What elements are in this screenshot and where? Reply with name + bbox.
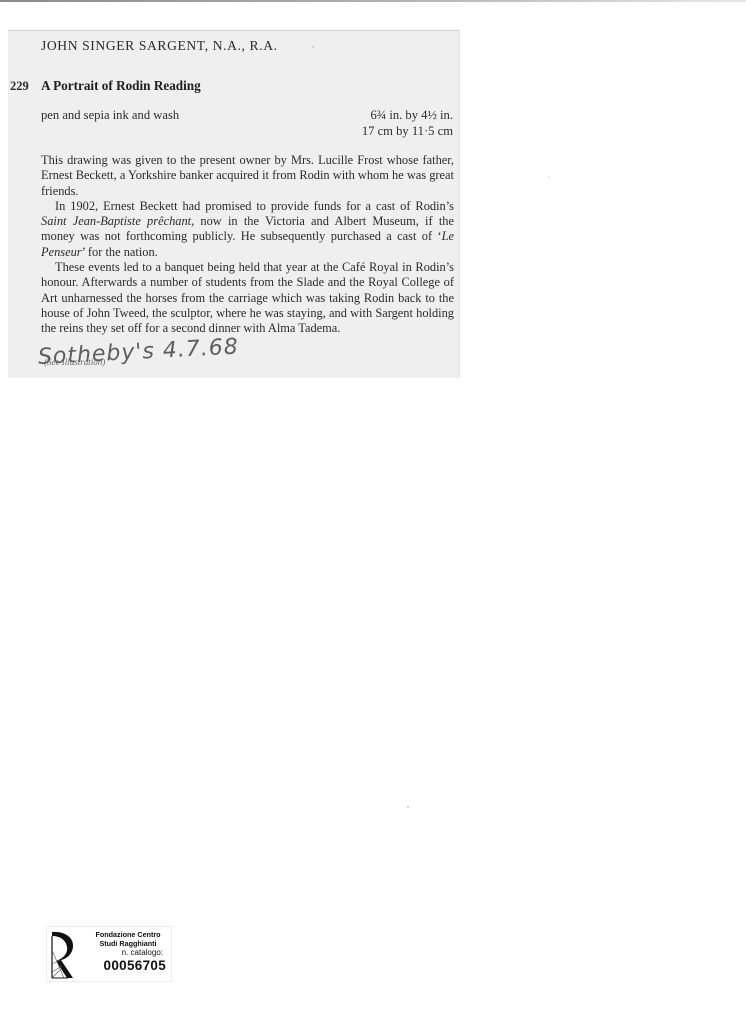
handwritten-annotation: Sotheby's 4.7.68 bbox=[37, 334, 239, 369]
artist-heading: JOHN SINGER SARGENT, N.A., R.A. bbox=[41, 38, 278, 54]
fondazione-r-logo-icon bbox=[50, 930, 76, 980]
text-run: In 1902, Ernest Beckett had promised to … bbox=[55, 199, 454, 213]
organization-line2: Studi Ragghianti bbox=[87, 939, 169, 948]
catalog-number: 00056705 bbox=[87, 958, 169, 974]
dimensions-metric: 17 cm by 11·5 cm bbox=[362, 123, 453, 139]
medium: pen and sepia ink and wash bbox=[41, 108, 179, 123]
scan-speck bbox=[312, 46, 314, 48]
organization-line1: Fondazione Centro bbox=[87, 930, 169, 939]
catalog-label: n. catalogo: bbox=[87, 948, 169, 958]
archive-stamp: Fondazione Centro Studi Ragghianti n. ca… bbox=[46, 926, 172, 982]
paragraph-banquet: These events led to a banquet being held… bbox=[41, 260, 454, 336]
artwork-title-italic: Saint Jean-Baptiste prêchant bbox=[41, 214, 191, 228]
paragraph-provenance: This drawing was given to the present ow… bbox=[41, 153, 454, 199]
scan-speck bbox=[548, 176, 550, 178]
stamp-text: Fondazione Centro Studi Ragghianti n. ca… bbox=[87, 930, 169, 974]
lot-title: A Portrait of Rodin Reading bbox=[41, 78, 201, 94]
paragraph-beckett: In 1902, Ernest Beckett had promised to … bbox=[41, 199, 454, 260]
text-run: ’ for the nation. bbox=[82, 245, 158, 259]
scan-speck bbox=[407, 806, 409, 808]
dimensions-imperial: 6¾ in. by 4½ in. bbox=[362, 107, 453, 123]
catalogue-clipping: JOHN SINGER SARGENT, N.A., R.A. 229 A Po… bbox=[8, 30, 459, 378]
dimensions: 6¾ in. by 4½ in. 17 cm by 11·5 cm bbox=[362, 107, 453, 139]
lot-number: 229 bbox=[10, 79, 29, 94]
scan-top-edge bbox=[0, 0, 746, 2]
provenance-text: This drawing was given to the present ow… bbox=[41, 153, 454, 337]
